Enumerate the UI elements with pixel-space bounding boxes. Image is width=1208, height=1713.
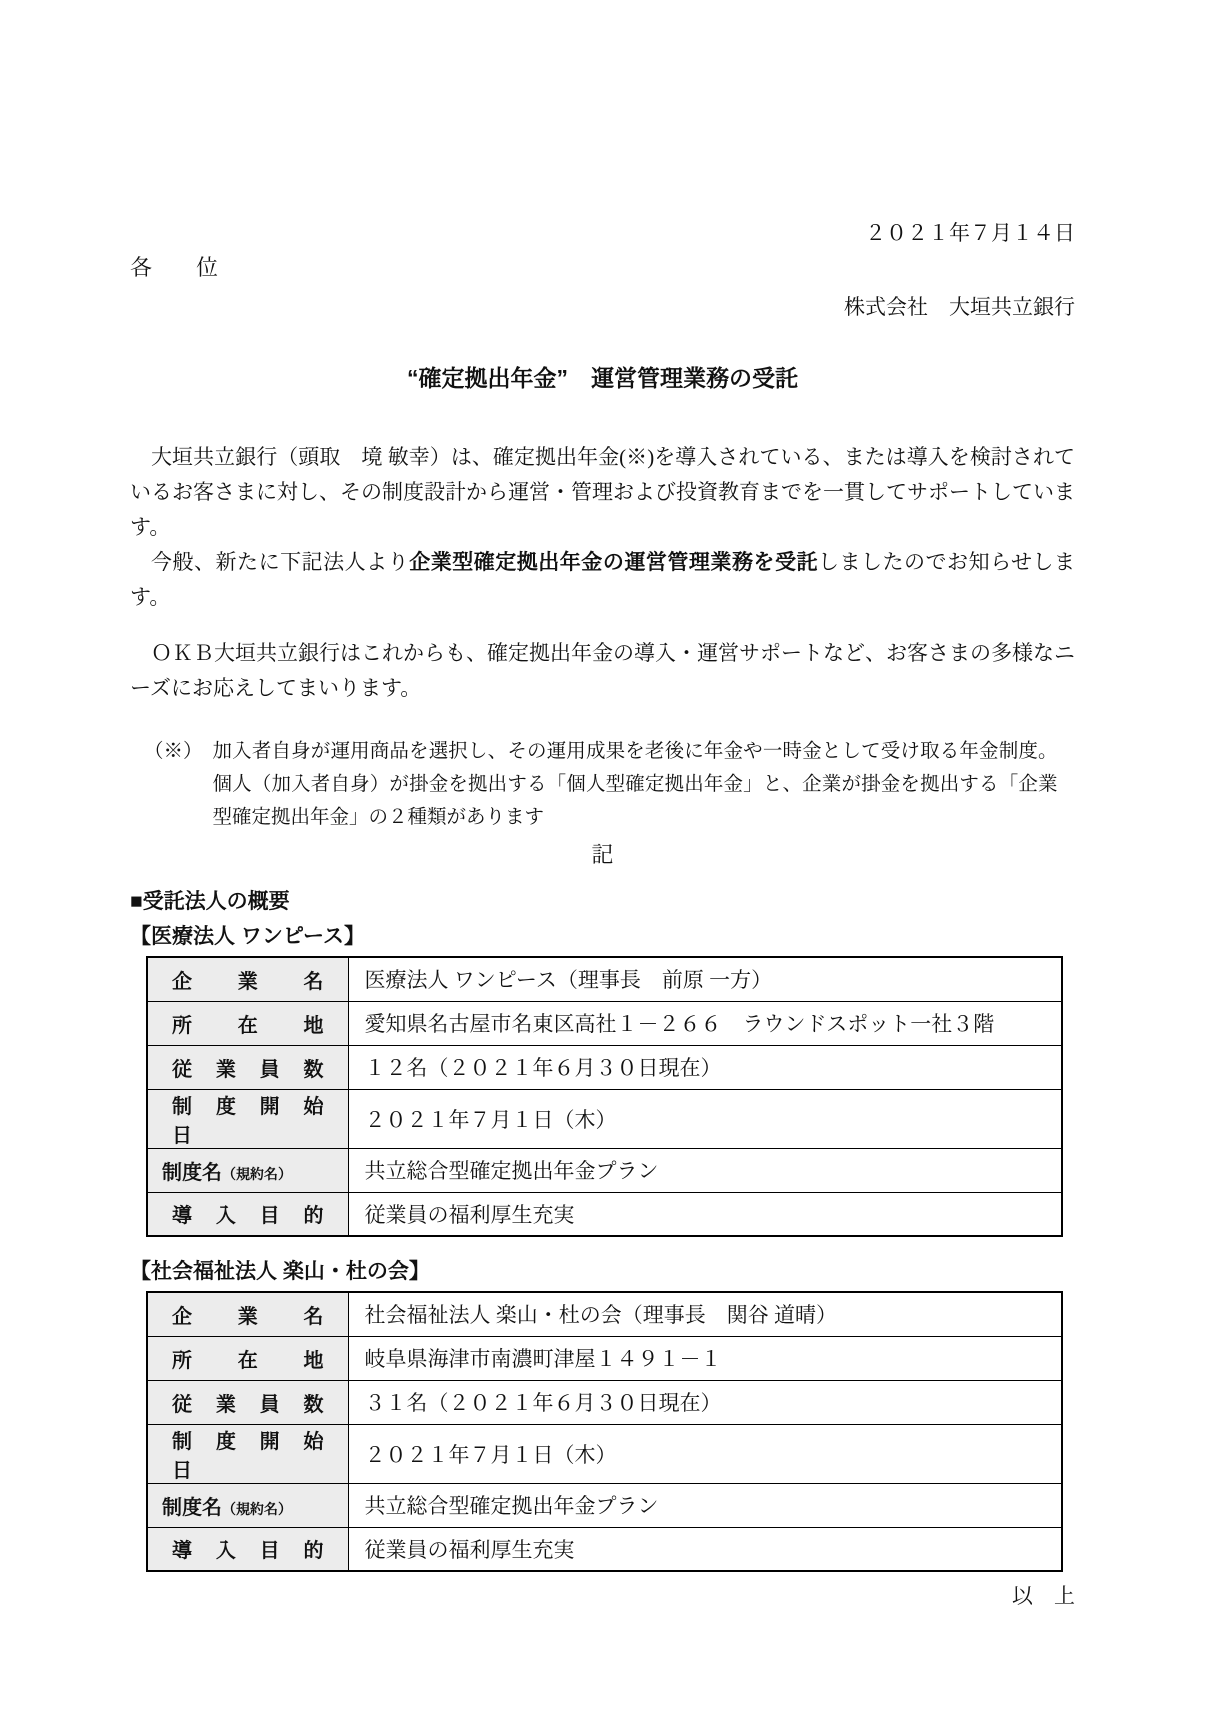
row-value: ２０２１年７月１日（木） xyxy=(348,1424,1062,1483)
row-label: 所 在 地 xyxy=(147,1001,348,1045)
table-row: 所 在 地 岐阜県海津市南濃町津屋１４９１－１ xyxy=(147,1336,1062,1380)
row-value: ３１名（２０２１年６月３０日現在） xyxy=(348,1380,1062,1424)
row-label-main: 制度名 xyxy=(162,1162,222,1184)
section-heading: ■受託法人の概要 xyxy=(130,890,1075,914)
row-label-sub: （規約名） xyxy=(222,1501,292,1517)
document-date: ２０２１年７月１４日 xyxy=(130,222,1075,244)
row-label-main: 制度名 xyxy=(162,1497,222,1519)
row-label: 所 在 地 xyxy=(147,1336,348,1380)
row-value: １２名（２０２１年６月３０日現在） xyxy=(348,1045,1062,1089)
closing-mark: 以 上 xyxy=(130,1584,1075,1608)
footnote: （※） 加入者自身が運用商品を選択し、その運用成果を老後に年金や一時金として受け… xyxy=(130,735,1075,834)
row-label: 従 業 員 数 xyxy=(147,1380,348,1424)
press-release-page: ２０２１年７月１４日 各 位 株式会社 大垣共立銀行 “確定拠出年金” 運営管理… xyxy=(0,0,1208,1713)
table-row: 制度名（規約名） 共立総合型確定拠出年金プラン xyxy=(147,1148,1062,1192)
row-value: 社会福祉法人 楽山・杜の会（理事長 関谷 道晴） xyxy=(348,1292,1062,1336)
paragraph-2-prefix: 今般、新たに下記法人より xyxy=(151,550,409,574)
addressee: 各 位 xyxy=(130,257,1075,279)
body-paragraph-2: 今般、新たに下記法人より企業型確定拠出年金の運営管理業務を受託しましたのでお知ら… xyxy=(130,545,1075,615)
row-value: ２０２１年７月１日（木） xyxy=(348,1089,1062,1148)
row-value: 共立総合型確定拠出年金プラン xyxy=(348,1148,1062,1192)
table-row: 制度名（規約名） 共立総合型確定拠出年金プラン xyxy=(147,1483,1062,1527)
table-row: 制 度 開 始 日 ２０２１年７月１日（木） xyxy=(147,1424,1062,1483)
footnote-text: 加入者自身が運用商品を選択し、その運用成果を老後に年金や一時金として受け取る年金… xyxy=(213,735,1058,834)
row-label: 企 業 名 xyxy=(147,957,348,1001)
row-label-sub: （規約名） xyxy=(222,1166,292,1182)
body-paragraph-3: ＯＫＢ大垣共立銀行はこれからも、確定拠出年金の導入・運営サポートなど、お客さまの… xyxy=(130,636,1075,706)
row-label: 導 入 目 的 xyxy=(147,1192,348,1236)
sender-company: 株式会社 大垣共立銀行 xyxy=(130,297,1075,319)
row-label: 制 度 開 始 日 xyxy=(147,1089,348,1148)
row-value: 愛知県名古屋市名東区高社１－２６６ ラウンドスポット一社３階 xyxy=(348,1001,1062,1045)
row-label: 従 業 員 数 xyxy=(147,1045,348,1089)
document-title: “確定拠出年金” 運営管理業務の受託 xyxy=(130,363,1075,393)
row-label: 導 入 目 的 xyxy=(147,1527,348,1571)
body-paragraph-1: 大垣共立銀行（頭取 境 敏幸）は、確定拠出年金(※)を導入されている、または導入… xyxy=(130,440,1075,545)
row-label: 制度名（規約名） xyxy=(147,1483,348,1527)
record-mark: 記 xyxy=(130,843,1075,867)
footnote-marker: （※） xyxy=(144,735,203,768)
table-row: 企 業 名 社会福祉法人 楽山・杜の会（理事長 関谷 道晴） xyxy=(147,1292,1062,1336)
table-row: 導 入 目 的 従業員の福利厚生充実 xyxy=(147,1192,1062,1236)
table-row: 所 在 地 愛知県名古屋市名東区高社１－２６６ ラウンドスポット一社３階 xyxy=(147,1001,1062,1045)
row-value: 従業員の福利厚生充実 xyxy=(348,1192,1062,1236)
table-row: 制 度 開 始 日 ２０２１年７月１日（木） xyxy=(147,1089,1062,1148)
row-label: 制度名（規約名） xyxy=(147,1148,348,1192)
company-table-2: 企 業 名 社会福祉法人 楽山・杜の会（理事長 関谷 道晴） 所 在 地 岐阜県… xyxy=(146,1291,1063,1572)
row-value: 岐阜県海津市南濃町津屋１４９１－１ xyxy=(348,1336,1062,1380)
table-row: 企 業 名 医療法人 ワンピース（理事長 前原 一方） xyxy=(147,957,1062,1001)
table-row: 従 業 員 数 １２名（２０２１年６月３０日現在） xyxy=(147,1045,1062,1089)
company-table-1: 企 業 名 医療法人 ワンピース（理事長 前原 一方） 所 在 地 愛知県名古屋… xyxy=(146,956,1063,1237)
row-label: 制 度 開 始 日 xyxy=(147,1424,348,1483)
company-heading-2: 【社会福祉法人 楽山・杜の会】 xyxy=(130,1260,1075,1284)
table-row: 導 入 目 的 従業員の福利厚生充実 xyxy=(147,1527,1062,1571)
row-label: 企 業 名 xyxy=(147,1292,348,1336)
row-value: 共立総合型確定拠出年金プラン xyxy=(348,1483,1062,1527)
row-value: 医療法人 ワンピース（理事長 前原 一方） xyxy=(348,957,1062,1001)
paragraph-2-emphasis: 企業型確定拠出年金の運営管理業務を受託 xyxy=(409,551,818,574)
table-row: 従 業 員 数 ３１名（２０２１年６月３０日現在） xyxy=(147,1380,1062,1424)
row-value: 従業員の福利厚生充実 xyxy=(348,1527,1062,1571)
company-heading-1: 【医療法人 ワンピース】 xyxy=(130,925,1075,949)
